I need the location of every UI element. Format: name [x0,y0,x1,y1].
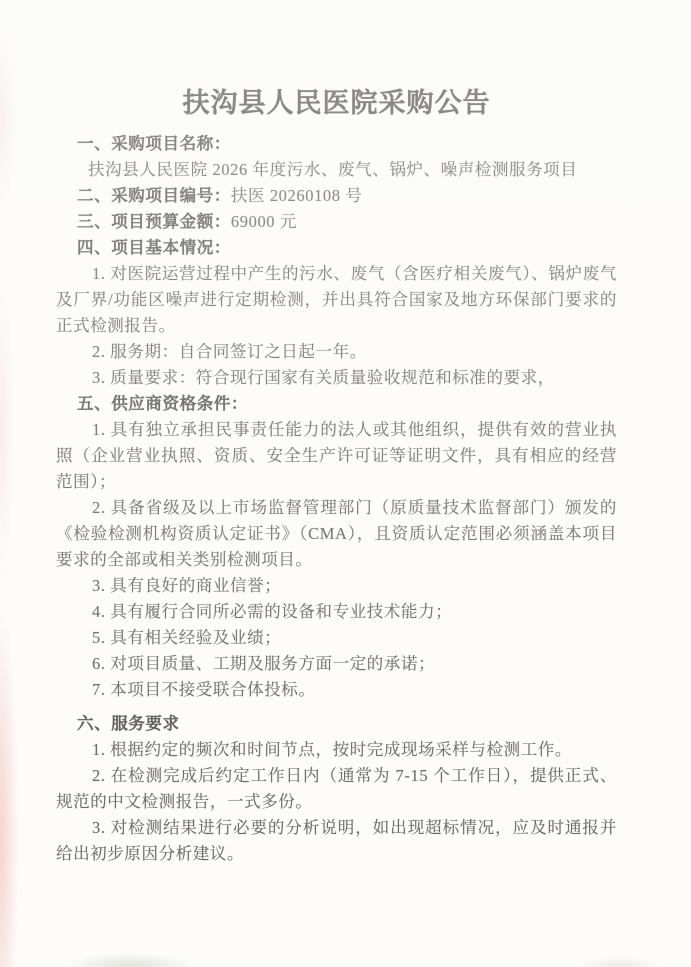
section-5-item-4: 4. 具有履行合同所必需的设备和专业技术能力； [56,599,617,625]
section-4-item-2: 2. 服务期：自合同签订之日起一年。 [56,339,617,365]
section-3-line: 三、项目预算金额：69000 元 [56,209,617,235]
section-2-heading: 二、采购项目编号： [77,186,231,205]
section-4-item-3: 3. 质量要求：符合现行国家有关质量验收规范和标准的要求， [56,365,617,391]
section-3-heading: 三、项目预算金额： [77,212,231,231]
section-5-item-6: 6. 对项目质量、工期及服务方面一定的承诺； [56,651,617,677]
section-5-heading: 五、供应商资格条件： [56,391,617,417]
document-title: 扶沟县人民医院采购公告 [56,85,617,121]
section-4-heading: 四、项目基本情况： [56,235,617,261]
section-4-item-1: 1. 对医院运营过程中产生的污水、废气（含医疗相关废气）、锅炉废气及厂界/功能区… [56,261,617,339]
section-5-item-1: 1. 具有独立承担民事责任能力的法人或其他组织，提供有效的营业执照（企业营业执照… [56,417,617,495]
section-5-item-3: 3. 具有良好的商业信誉； [56,573,617,599]
section-5-item-7: 7. 本项目不接受联合体投标。 [56,677,617,703]
procurement-notice-document: 扶沟县人民医院采购公告 一、采购项目名称： 扶沟县人民医院 2026 年度污水、… [0,0,691,967]
section-6-item-1: 1. 根据约定的频次和时间节点，按时完成现场采样与检测工作。 [56,737,617,763]
section-3-value: 69000 元 [231,212,297,231]
section-2-value: 扶医 20260108 号 [231,186,363,205]
section-6-item-2: 2. 在检测完成后约定工作日内（通常为 7-15 个工作日），提供正式、规范的中… [56,763,617,815]
section-1-heading: 一、采购项目名称： [56,131,617,157]
scanned-document-page: { "document": { "title": "扶沟县人民医院采购公告", … [0,0,691,967]
section-6-item-3: 3. 对检测结果进行必要的分析说明，如出现超标情况，应及时通报并给出初步原因分析… [56,815,617,867]
section-1-body: 扶沟县人民医院 2026 年度污水、废气、锅炉、噪声检测服务项目 [56,157,617,183]
section-2-line: 二、采购项目编号：扶医 20260108 号 [56,183,617,209]
section-5-item-5: 5. 具有相关经验及业绩； [56,625,617,651]
section-5-item-2: 2. 具备省级及以上市场监督管理部门（原质量技术监督部门）颁发的《检验检测机构资… [56,495,617,573]
section-6-heading: 六、服务要求 [56,711,617,737]
